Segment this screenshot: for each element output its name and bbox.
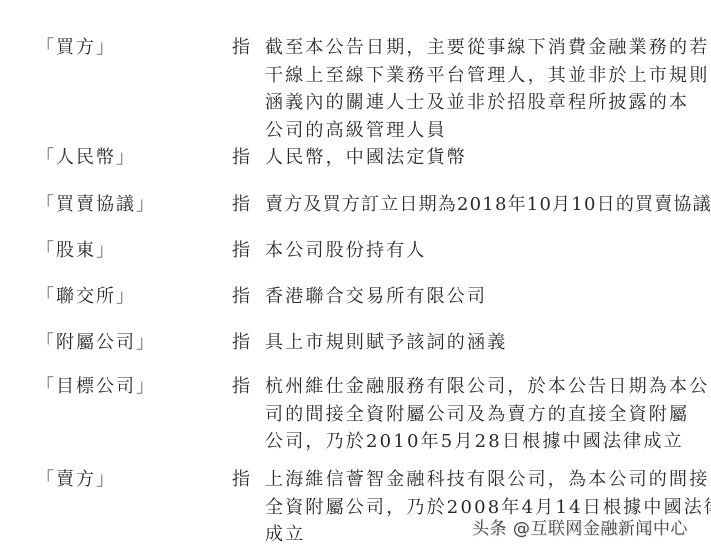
watermark: 头条 @互联网金融新闻中心 (472, 514, 688, 539)
means-label: 指 (232, 144, 250, 171)
definition-text: 杭州維仕金融服務有限公司，於本公告日期為本公 司的間接全資附屬公司及為賣方的直接… (265, 373, 685, 456)
definition-line: 杭州維仕金融服務有限公司，於本公告日期為本公 (265, 373, 685, 401)
definition-text: 人民幣，中國法定貨幣 (265, 144, 685, 172)
means-label: 指 (232, 466, 250, 493)
means-label: 指 (232, 373, 250, 400)
term: 「股東」 (36, 237, 116, 264)
definition-line: 人民幣，中國法定貨幣 (265, 144, 685, 172)
definition-text: 截至本公告日期，主要從事線下消費金融業務的若 干線上至線下業務平台管理人，其並非… (265, 34, 685, 144)
definition-line: 本公司股份持有人 (265, 237, 685, 265)
definition-line: 具上市規則賦予該詞的涵義 (265, 329, 685, 357)
definition-line: 干線上至線下業務平台管理人，其並非於上市規則 (265, 62, 685, 90)
means-label: 指 (232, 191, 250, 218)
term: 「目標公司」 (36, 373, 156, 400)
term: 「附屬公司」 (36, 329, 156, 356)
definition-line: 賣方及買方訂立日期為2018年10月10日的買賣協議 (265, 191, 685, 219)
definition-text: 本公司股份持有人 (265, 237, 685, 265)
definition-line: 香港聯合交易所有限公司 (265, 283, 685, 311)
definition-line: 上海維信薈智金融科技有限公司，為本公司的間接 (265, 466, 685, 494)
means-label: 指 (232, 237, 250, 264)
definition-line: 截至本公告日期，主要從事線下消費金融業務的若 (265, 34, 685, 62)
definition-text: 香港聯合交易所有限公司 (265, 283, 685, 311)
definition-line: 涵義內的關連人士及並非於招股章程所披露的本 (265, 89, 685, 117)
means-label: 指 (232, 34, 250, 61)
term: 「賣方」 (36, 466, 116, 493)
term: 「人民幣」 (36, 144, 136, 171)
term: 「買賣協議」 (36, 191, 156, 218)
term: 「聯交所」 (36, 283, 136, 310)
definition-text: 具上市規則賦予該詞的涵義 (265, 329, 685, 357)
definition-line: 公司的高級管理人員 (265, 117, 685, 145)
means-label: 指 (232, 283, 250, 310)
definition-line: 司的間接全資附屬公司及為賣方的直接全資附屬 (265, 401, 685, 429)
definition-line: 公司，乃於2010年5月28日根據中國法律成立 (265, 428, 685, 456)
term: 「買方」 (36, 34, 116, 61)
definition-text: 賣方及買方訂立日期為2018年10月10日的買賣協議 (265, 191, 685, 219)
means-label: 指 (232, 329, 250, 356)
